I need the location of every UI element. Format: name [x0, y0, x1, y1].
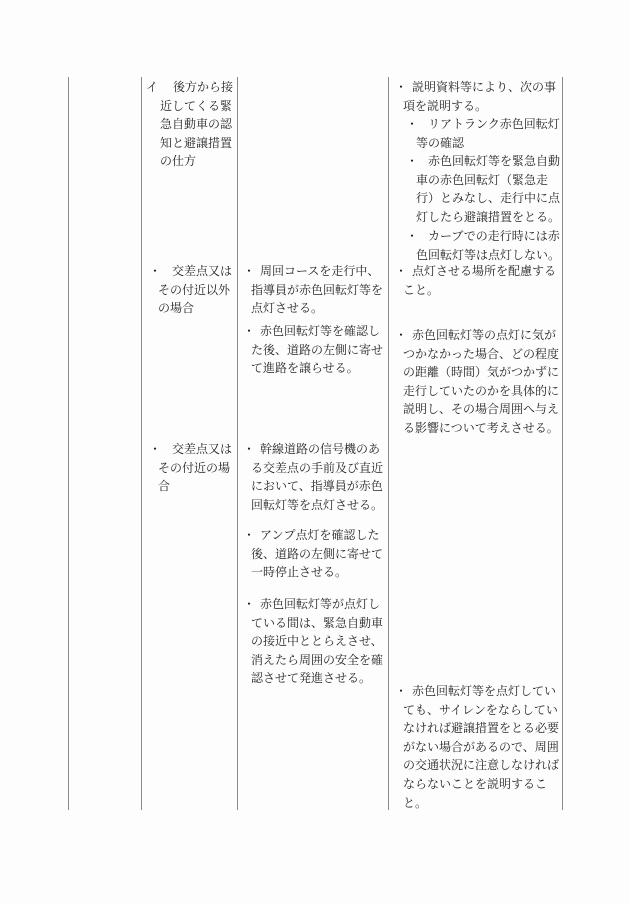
- item-text: 点灯させる場所を配慮すること。: [403, 264, 556, 297]
- bullet-marker: ・: [395, 78, 407, 97]
- bullet-marker: ・: [149, 440, 161, 459]
- list-item: ・説明資料等により、次の事項を説明する。: [388, 78, 562, 115]
- bullet-marker: ・: [406, 227, 418, 246]
- list-item: ・カーブでの走行時には赤色回転灯等は点灯しない。: [388, 227, 562, 264]
- item-text: 周回コースを走行中、指導員が赤色回転灯等を点灯させる。: [251, 264, 383, 315]
- item-text: 交差点又はその付近以外の場合: [158, 264, 232, 315]
- list-item: ・点灯させる場所を配慮すること。: [388, 262, 562, 299]
- item-text: 赤色回転灯等を確認した後、道路の左側に寄せて進路を譲らせる。: [251, 324, 383, 375]
- bullet-marker: ・: [149, 262, 161, 281]
- list-item: ・赤色回転灯等の点灯に気がつかなかった場合、どの程度の距離（時間）気がつかずに走…: [388, 326, 562, 438]
- item-text: 赤色回転灯等を緊急自動車の赤色回転灯（緊急走行）とみなし、走行中に点灯したら避譲…: [416, 154, 560, 224]
- item-text: 赤色回転灯等を点灯していても、サイレンをならしていなければ避譲措置をとる必要がな…: [403, 684, 559, 810]
- list-item: ・リアトランク赤色回転灯等の確認: [388, 115, 562, 152]
- table-column-border-4: [562, 77, 563, 810]
- document-page: イ後方から接近してくる緊急自動車の認知と避譲措置の仕方・交差点又はその付近以外の…: [0, 0, 630, 903]
- list-item: ・赤色回転灯等が点灯している間は、緊急自動車の接近中ととらえさせ、消えたら周囲の…: [237, 595, 388, 688]
- list-item: ・赤色回転灯等を確認した後、道路の左側に寄せて進路を譲らせる。: [237, 322, 388, 378]
- item-text: 赤色回転灯等が点灯している間は、緊急自動車の接近中ととらえさせ、消えたら周囲の安…: [251, 597, 383, 685]
- list-item: ・赤色回転灯等を点灯していても、サイレンをならしていなければ避譲措置をとる必要が…: [388, 682, 562, 812]
- item-text: 赤色回転灯等の点灯に気がつかなかった場合、どの程度の距離（時間）気がつかずに走行…: [403, 328, 559, 435]
- item-text: アンプ点灯を確認した後、道路の左側に寄せて一時停止させる。: [251, 528, 383, 579]
- bullet-marker: ・: [406, 115, 418, 134]
- list-item: ・赤色回転灯等を緊急自動車の赤色回転灯（緊急走行）とみなし、走行中に点灯したら避…: [388, 152, 562, 226]
- list-item: イ後方から接近してくる緊急自動車の認知と避譲措置の仕方: [141, 78, 237, 171]
- bullet-marker: ・: [243, 595, 255, 614]
- list-item: ・幹線道路の信号機のある交差点の手前及び直近において、指導員が赤色回転灯等を点灯…: [237, 440, 388, 514]
- bullet-marker: ・: [395, 262, 407, 281]
- bullet-marker: ・: [243, 526, 255, 545]
- item-label: イ: [146, 78, 158, 97]
- bullet-marker: ・: [406, 152, 418, 171]
- list-item: ・周回コースを走行中、指導員が赤色回転灯等を点灯させる。: [237, 262, 388, 318]
- table-column-border-0: [68, 77, 69, 810]
- item-text: 後方から接近してくる緊急自動車の認知と避譲措置の仕方: [160, 80, 233, 168]
- list-item: ・交差点又はその付近以外の場合: [141, 262, 237, 318]
- item-text: 説明資料等により、次の事項を説明する。: [403, 80, 556, 113]
- bullet-marker: ・: [243, 262, 255, 281]
- list-item: ・アンプ点灯を確認した後、道路の左側に寄せて一時停止させる。: [237, 526, 388, 582]
- item-text: 交差点又はその付近の場合: [158, 442, 232, 493]
- list-item: ・交差点又はその付近の場合: [141, 440, 237, 496]
- item-text: カーブでの走行時には赤色回転灯等は点灯しない。: [416, 229, 560, 262]
- bullet-marker: ・: [243, 440, 255, 459]
- bullet-marker: ・: [395, 682, 407, 701]
- bullet-marker: ・: [395, 326, 407, 345]
- item-text: 幹線道路の信号機のある交差点の手前及び直近において、指導員が赤色回転灯等を点灯さ…: [251, 442, 383, 512]
- bullet-marker: ・: [243, 322, 255, 341]
- item-text: リアトランク赤色回転灯等の確認: [416, 117, 560, 150]
